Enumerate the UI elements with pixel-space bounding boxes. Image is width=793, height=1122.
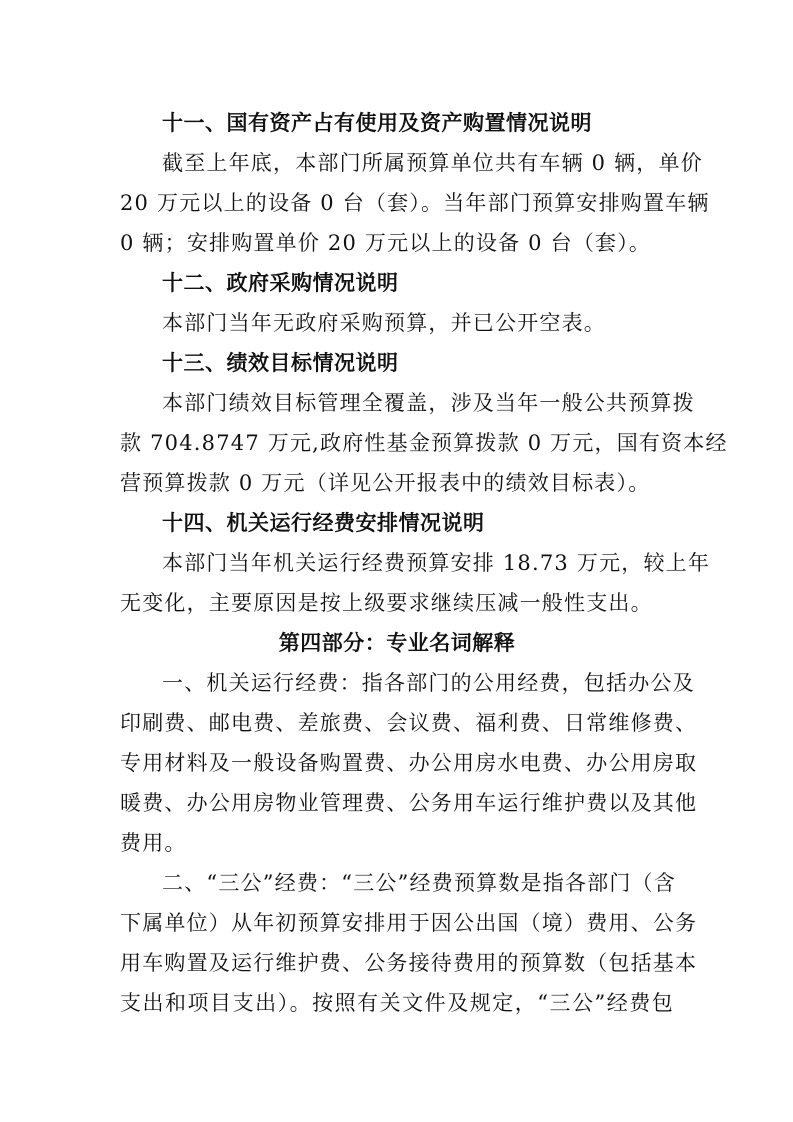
section-heading-13: 十三、绩效目标情况说明 — [120, 343, 674, 383]
paragraph-line: 无变化，主要原因是按上级要求继续压减一般性支出。 — [120, 583, 674, 623]
definition-line: 印刷费、邮电费、差旅费、会议费、福利费、日常维修费、 — [120, 703, 674, 743]
section-heading-12: 十二、政府采购情况说明 — [120, 263, 674, 303]
definition-line: 支出和项目支出）。按照有关文件及规定，“三公”经费包 — [120, 983, 674, 1023]
definition-line: 用车购置及运行维护费、公务接待费用的预算数（包括基本 — [120, 943, 674, 983]
section-heading-14: 十四、机关运行经费安排情况说明 — [120, 503, 674, 543]
definition-line: 专用材料及一般设备购置费、办公用房水电费、办公用房取 — [120, 743, 674, 783]
definition-line: 一、机关运行经费：指各部门的公用经费，包括办公及 — [120, 663, 674, 703]
paragraph-line: 本部门当年无政府采购预算，并已公开空表。 — [120, 303, 674, 343]
paragraph-line: 20 万元以上的设备 0 台（套）。当年部门预算安排购置车辆 — [120, 183, 674, 223]
definition-line: 二、“三公”经费：“三公”经费预算数是指各部门（含 — [120, 863, 674, 903]
paragraph-line: 营预算拨款 0 万元（详见公开报表中的绩效目标表）。 — [120, 463, 674, 503]
part-heading: 第四部分：专业名词解释 — [120, 623, 674, 663]
paragraph-line: 款 704.8747 万元,政府性基金预算拨款 0 万元，国有资本经 — [120, 423, 674, 463]
definition-line: 下属单位）从年初预算安排用于因公出国（境）费用、公务 — [120, 903, 674, 943]
paragraph-line: 截至上年底，本部门所属预算单位共有车辆 0 辆，单价 — [120, 143, 674, 183]
paragraph-line: 本部门当年机关运行经费预算安排 18.73 万元，较上年 — [120, 543, 674, 583]
definition-line: 暖费、办公用房物业管理费、公务用车运行维护费以及其他 — [120, 783, 674, 823]
definition-line: 费用。 — [120, 823, 674, 863]
document-page: 十一、国有资产占有使用及资产购置情况说明 截至上年底，本部门所属预算单位共有车辆… — [120, 103, 674, 1023]
paragraph-line: 本部门绩效目标管理全覆盖，涉及当年一般公共预算拨 — [120, 383, 674, 423]
paragraph-line: 0 辆；安排购置单价 20 万元以上的设备 0 台（套）。 — [120, 223, 674, 263]
section-heading-11: 十一、国有资产占有使用及资产购置情况说明 — [120, 103, 674, 143]
